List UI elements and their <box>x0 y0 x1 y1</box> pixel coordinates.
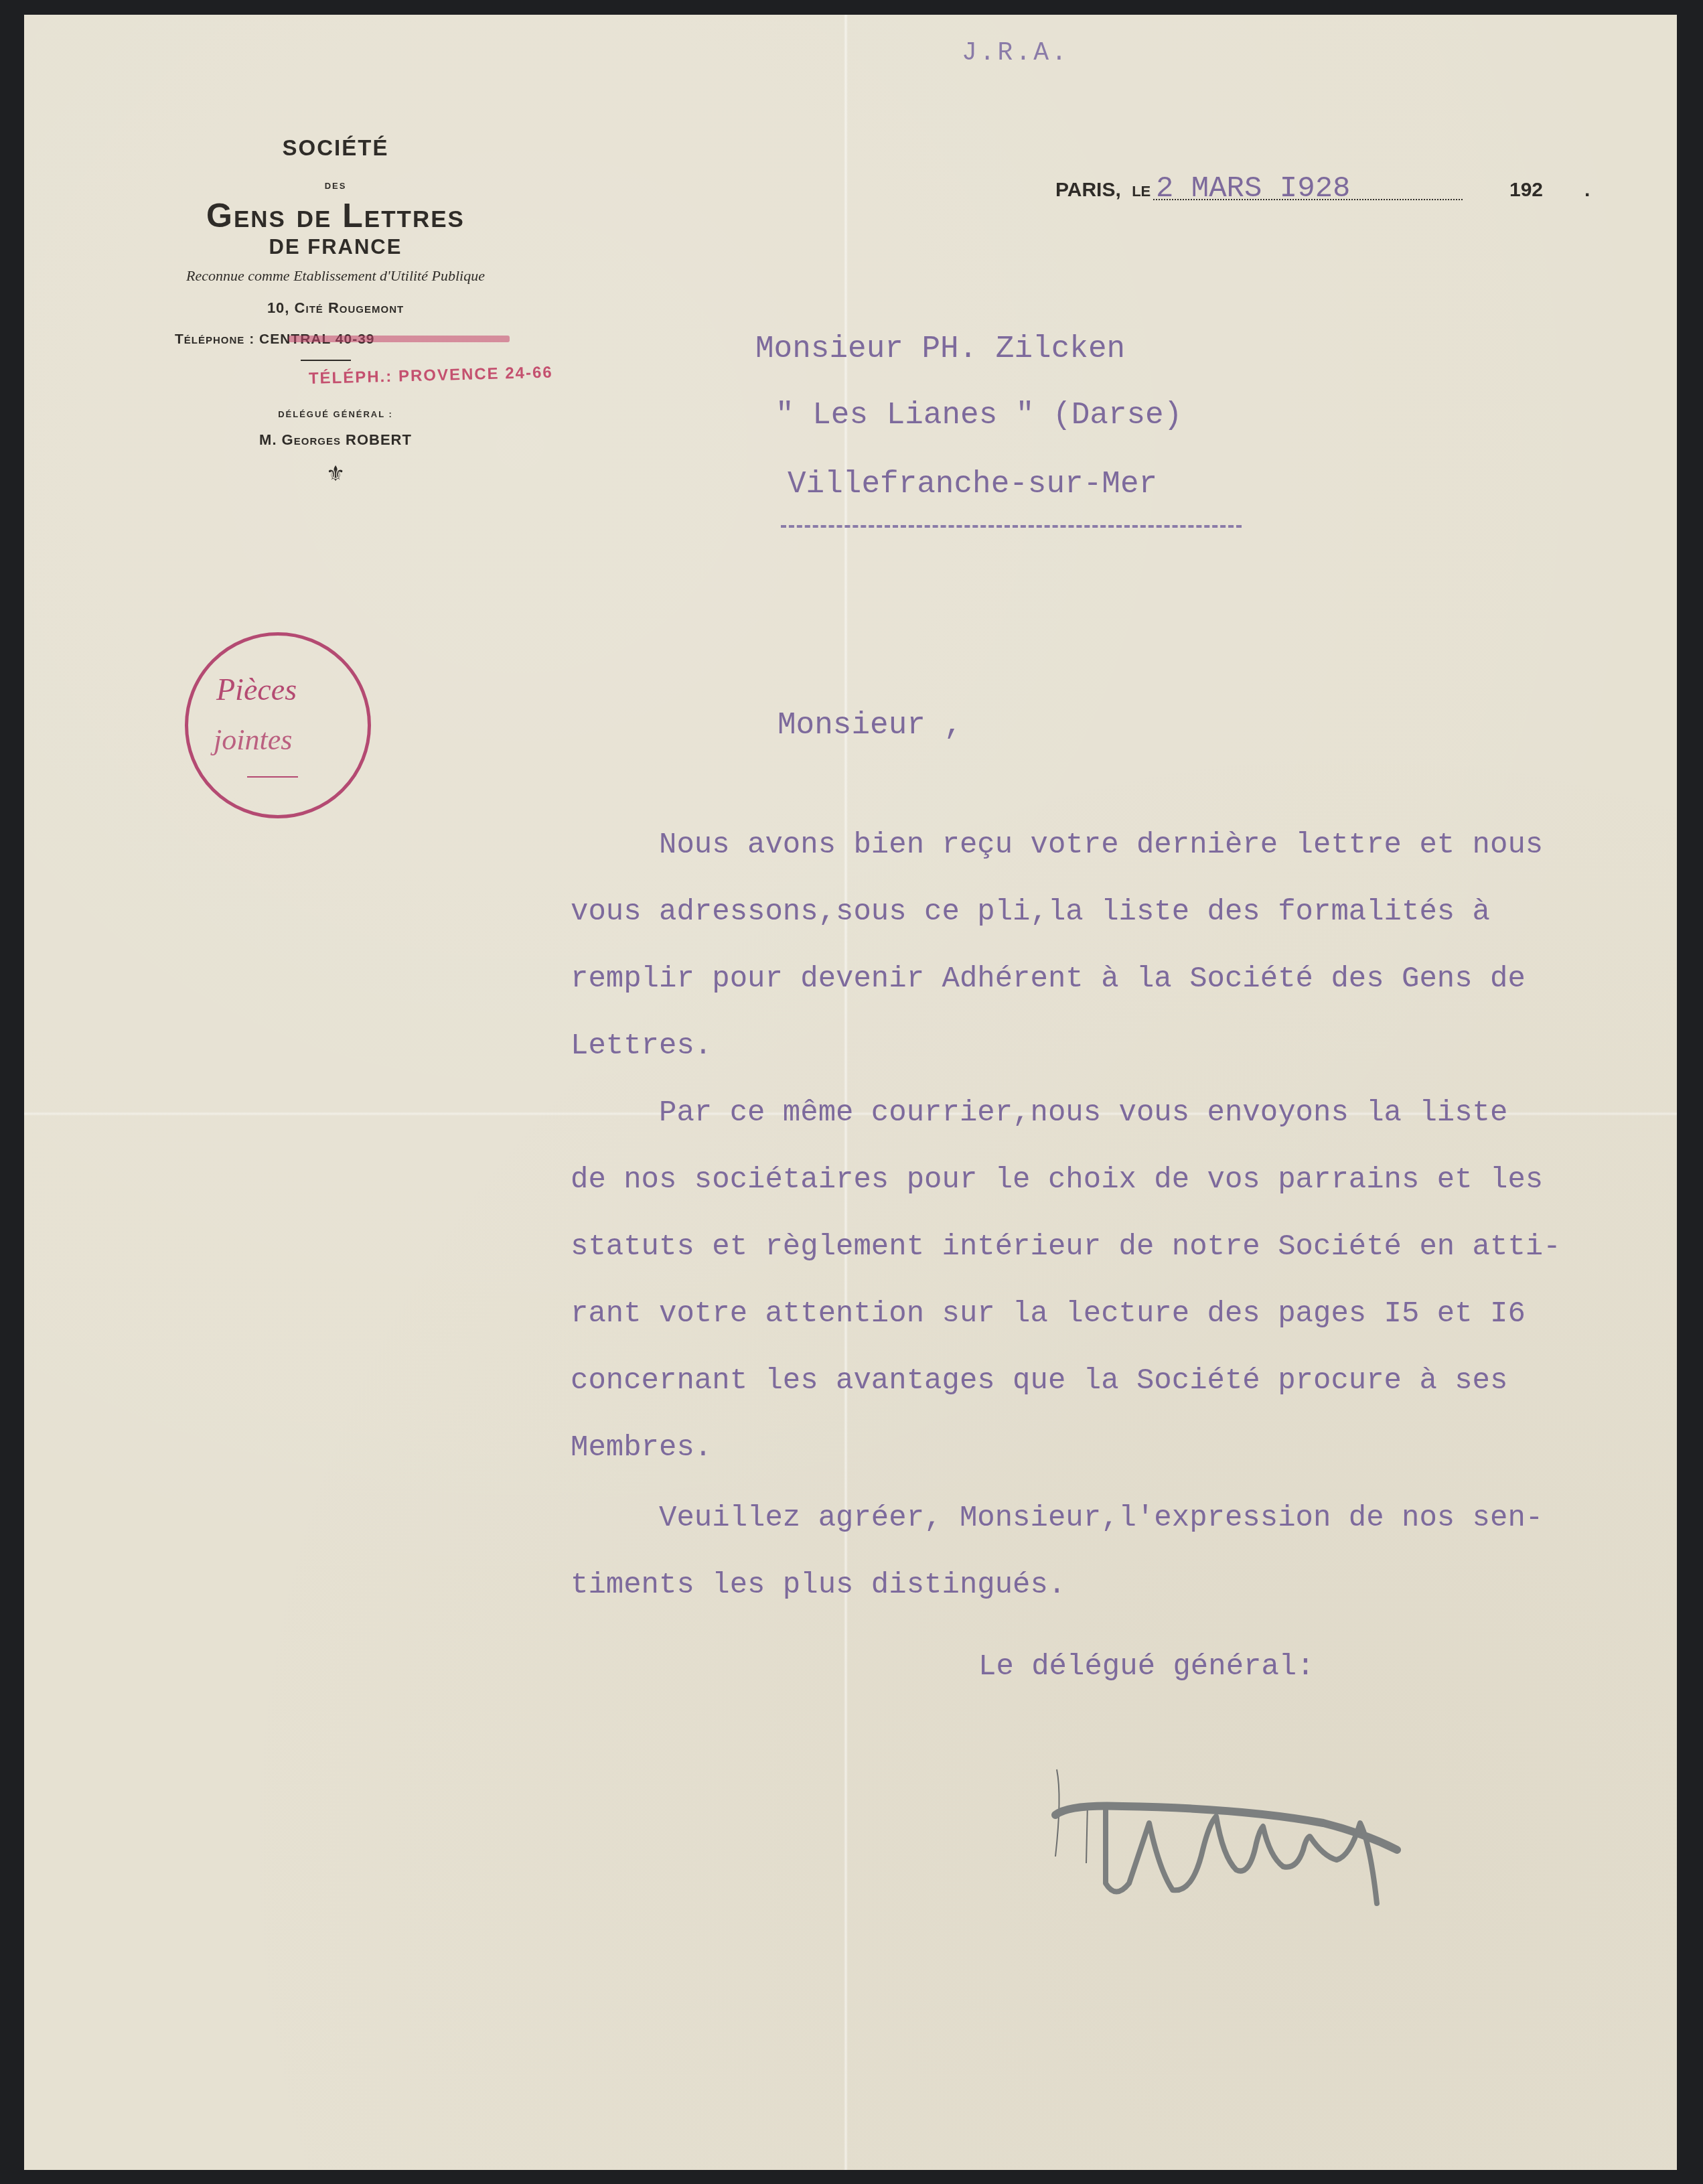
reference-initials: J.R.A. <box>962 39 1069 68</box>
body-line: concernant les avantages que la Société … <box>571 1364 1507 1398</box>
ornament-divider <box>301 360 351 361</box>
letterhead-de-france: DE FRANCE <box>118 235 553 259</box>
body-line: statuts et règlement intérieur de notre … <box>571 1230 1561 1264</box>
pieces-jointes-stamp: Pièces jointes <box>185 632 371 818</box>
body-line: Par ce même courrier,nous vous envoyons … <box>571 1096 1507 1130</box>
fleur-de-lis-icon: ⚜ <box>118 461 553 486</box>
stamp-line-2: jointes <box>214 723 292 757</box>
delegate-name: M. Georges ROBERT <box>118 431 553 449</box>
letterhead-societe: SOCIÉTÉ <box>118 135 553 161</box>
signatory-label: Le délégué général: <box>978 1650 1315 1684</box>
body-line: Lettres. <box>571 1029 712 1063</box>
dateline-le: LE <box>1132 183 1151 200</box>
body-line: vous adressons,sous ce pli,la liste des … <box>571 895 1490 929</box>
letter-page: SOCIÉTÉ DES Gens de Lettres DE FRANCE Re… <box>24 15 1677 2170</box>
salutation: Monsieur , <box>778 708 962 743</box>
body-line: de nos sociétaires pour le choix de vos … <box>571 1163 1543 1197</box>
delegate-label: DÉLÉGUÉ GÉNÉRAL : <box>118 409 553 419</box>
address-underline <box>781 525 1242 528</box>
body-line: Veuillez agréer, Monsieur,l'expression d… <box>571 1502 1543 1535</box>
letterhead-address: 10, Cité Rougemont <box>118 299 553 317</box>
dateline-place: PARIS, <box>1055 179 1121 201</box>
typed-date: 2 MARS I928 <box>1156 172 1350 206</box>
strikethrough-mark <box>289 336 510 342</box>
letterhead-des: DES <box>118 181 553 191</box>
body-line: timents les plus distingués. <box>571 1569 1065 1602</box>
letterhead: SOCIÉTÉ DES Gens de Lettres DE FRANCE Re… <box>118 115 553 486</box>
signature <box>1042 1743 1457 1917</box>
printed-year: 192 <box>1509 179 1543 202</box>
body-line: rant votre attention sur la lecture des … <box>571 1297 1526 1331</box>
recipient-name: Monsieur PH. Zilcken <box>755 332 1125 366</box>
stamp-line-1: Pièces <box>216 672 297 707</box>
dateline: PARIS, LE 2 MARS I928 192 . <box>1055 179 1151 202</box>
telephone-label: Téléphone : <box>175 332 254 347</box>
telephone-stamp: TÉLÉPH.: PROVENCE 24-66 <box>118 363 554 393</box>
body-line: Membres. <box>571 1431 712 1465</box>
letterhead-gens-de-lettres: Gens de Lettres <box>118 196 553 235</box>
recipient-city: Villefranche-sur-Mer <box>788 467 1157 502</box>
body-line: Nous avons bien reçu votre dernière lett… <box>571 828 1543 862</box>
dateline-period: . <box>1584 179 1590 202</box>
body-line: remplir pour devenir Adhérent à la Socié… <box>571 962 1526 996</box>
stamp-underline <box>247 776 298 778</box>
letterhead-telephone: Téléphone : CENTRAL 40-39 <box>118 332 553 348</box>
letterhead-subtitle: Reconnue comme Etablissement d'Utilité P… <box>118 267 553 285</box>
recipient-house: " Les Lianes " (Darse) <box>775 398 1182 433</box>
